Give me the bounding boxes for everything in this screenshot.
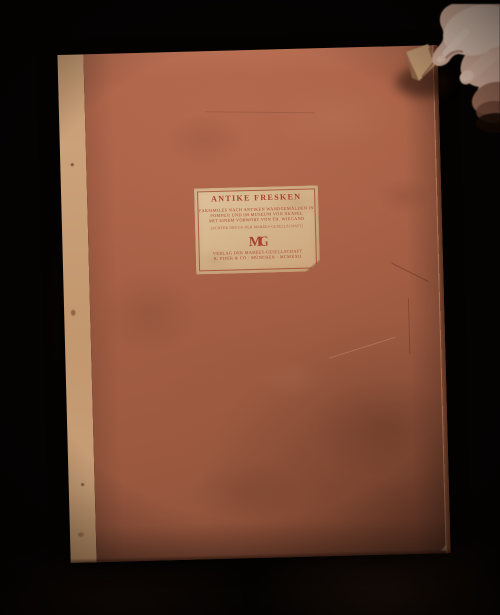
hand (0, 0, 500, 615)
photo-scene: ANTIKE FRESKEN FAKSIMILES NACH ANTIKEN W… (0, 0, 500, 615)
